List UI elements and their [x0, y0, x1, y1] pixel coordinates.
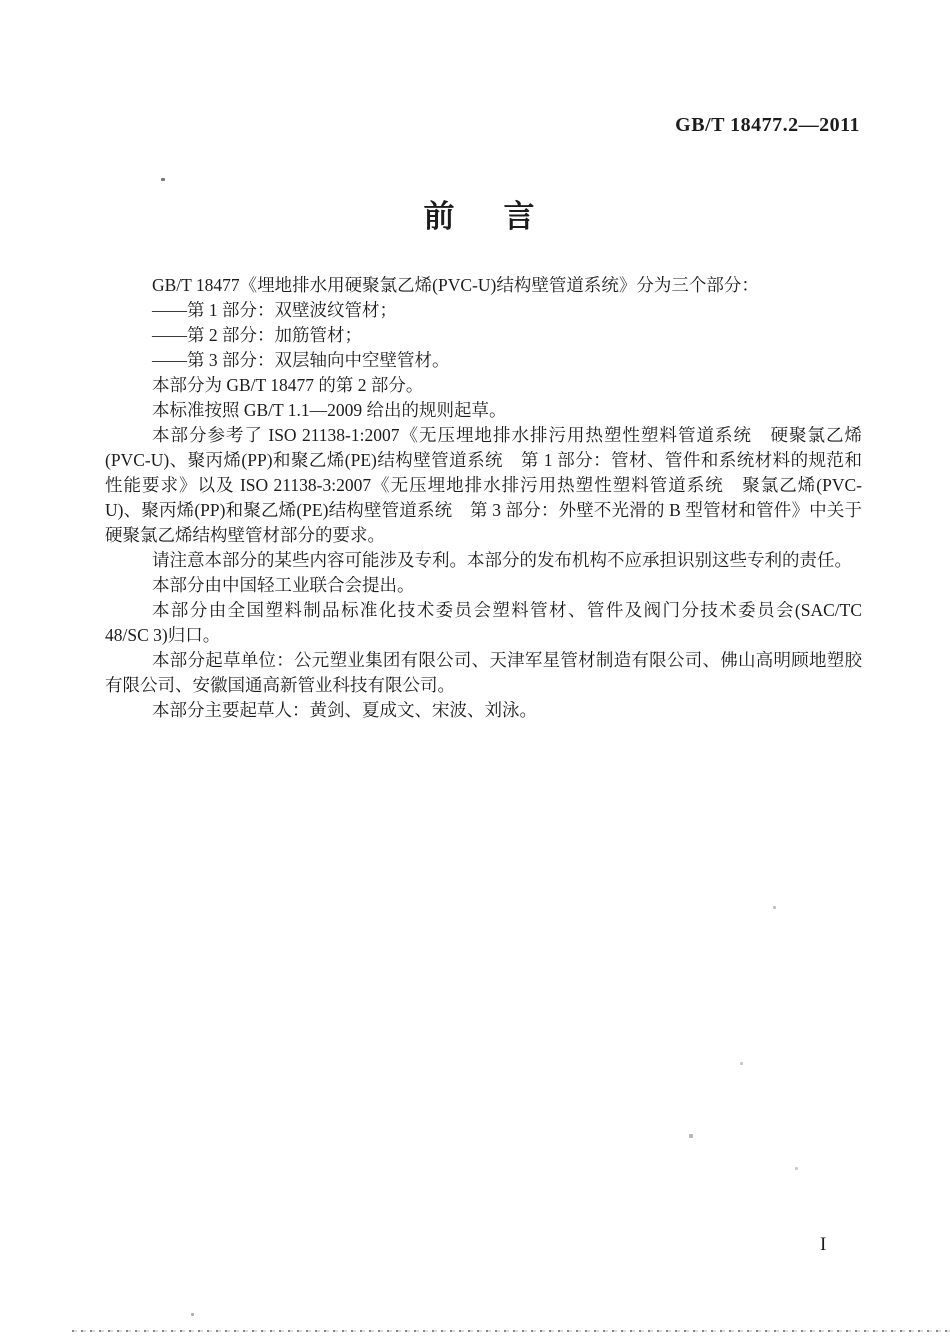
paragraph: 本部分由中国轻工业联合会提出。 [105, 573, 862, 598]
scan-speck [773, 906, 776, 909]
scan-edge-artifact [72, 1330, 950, 1332]
standard-code-header: GB/T 18477.2—2011 [675, 114, 860, 137]
scan-speck [161, 178, 165, 181]
paragraph: 本部分为 GB/T 18477 的第 2 部分。 [105, 373, 862, 398]
page-title: 前 言 [105, 191, 862, 236]
scan-speck [740, 1062, 743, 1065]
document-page: GB/T 18477.2—2011 前 言 GB/T 18477《埋地排水用硬聚… [0, 0, 950, 1336]
scan-speck [191, 1313, 194, 1316]
paragraph: GB/T 18477《埋地排水用硬聚氯乙烯(PVC-U)结构壁管道系统》分为三个… [105, 273, 862, 298]
paragraph: ——第 3 部分：双层轴向中空壁管材。 [105, 348, 862, 373]
paragraph: 本部分由全国塑料制品标准化技术委员会塑料管材、管件及阀门分技术委员会(SAC/T… [105, 598, 862, 648]
foreword-body: GB/T 18477《埋地排水用硬聚氯乙烯(PVC-U)结构壁管道系统》分为三个… [105, 273, 862, 723]
paragraph: 本部分主要起草人：黄剑、夏成文、宋波、刘泳。 [105, 698, 862, 723]
paragraph: 请注意本部分的某些内容可能涉及专利。本部分的发布机构不应承担识别这些专利的责任。 [105, 548, 862, 573]
paragraph: ——第 1 部分：双壁波纹管材； [105, 298, 862, 323]
paragraph: 本标准按照 GB/T 1.1—2009 给出的规则起草。 [105, 398, 862, 423]
paragraph: 本部分参考了 ISO 21138-1:2007《无压埋地排水排污用热塑性塑料管道… [105, 423, 862, 548]
scan-speck [795, 1167, 798, 1170]
scan-speck [689, 1134, 693, 1138]
paragraph: ——第 2 部分：加筋管材； [105, 323, 862, 348]
paragraph: 本部分起草单位：公元塑业集团有限公司、天津军星管材制造有限公司、佛山高明顾地塑胶… [105, 648, 862, 698]
page-number: I [820, 1234, 827, 1256]
